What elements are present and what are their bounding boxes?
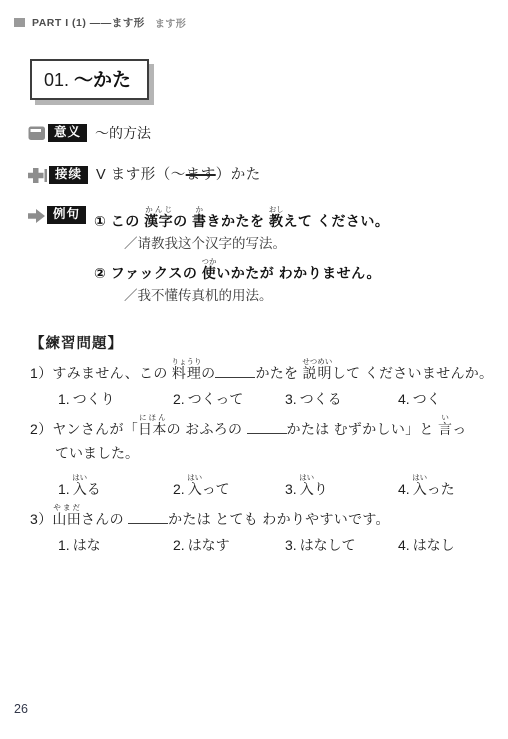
option-number: 2. — [173, 537, 185, 553]
connection-text: V ます形（〜ます）かた — [96, 166, 261, 185]
connection-label: 接续 — [49, 166, 88, 184]
textbook-page: { "header": { "left": "PART I (1) ――ます形"… — [0, 0, 508, 739]
option-text: つくり — [73, 391, 115, 407]
connection-row: 接续 V ます形（〜ます）かた — [28, 166, 508, 185]
option-text: はなす — [188, 537, 230, 553]
question-1: 1）すみません、この 料理りょうりのかたを 説明せつめいして くださいませんか。 — [30, 353, 508, 383]
option: 1.つくり — [58, 389, 173, 409]
example-translation-cn: ／请教我这个汉字的写法。 — [124, 231, 389, 254]
answer-blank — [128, 511, 168, 524]
question-2-options: 1.入はいる 2.入はいって 3.入はいり 4.入はいった — [58, 463, 508, 499]
book-icon — [28, 124, 46, 143]
option-text: はな — [73, 537, 101, 553]
option: 3.入はいり — [285, 473, 398, 499]
arrow-right-icon — [28, 206, 45, 225]
option: 1.はな — [58, 535, 173, 555]
connection-after: ）かた — [216, 167, 261, 183]
question-3-options: 1.はな 2.はなす 3.はなして 4.はなし — [58, 529, 508, 555]
option-text: はなして — [300, 537, 356, 553]
option: 4.つく — [398, 389, 508, 409]
lesson-number: 01. — [44, 70, 69, 90]
meaning-row: 意义 〜的方法 — [28, 124, 508, 143]
header-square-icon — [14, 18, 25, 27]
option-number: 3. — [285, 537, 297, 553]
meaning-text: 〜的方法 — [95, 124, 151, 143]
example-sentence-jp: ② ファックスの 使つかいかたが わかりません。 — [94, 254, 389, 283]
option-number: 3. — [285, 391, 297, 407]
meaning-label: 意义 — [48, 124, 87, 142]
example-translation-cn: ／我不懂传真机的用法。 — [124, 283, 389, 306]
option: 1.入はいる — [58, 473, 173, 499]
option-number: 1. — [58, 391, 70, 407]
option: 3.つくる — [285, 389, 398, 409]
exercise-section: 【練習問題】 1）すみません、この 料理りょうりのかたを 説明せつめいして くだ… — [30, 332, 508, 555]
question-1-options: 1.つくり 2.つくって 3.つくる 4.つく — [58, 383, 508, 409]
examples-content: ① この 漢字かんじの 書かきかたを 教おしえて ください。 ／请教我这个汉字的… — [94, 205, 389, 306]
option-text: 入はいって — [188, 481, 230, 497]
answer-blank — [247, 421, 287, 434]
lesson-title: 〜かた — [74, 70, 131, 91]
option-number: 4. — [398, 481, 410, 497]
plus-icon — [28, 166, 47, 185]
page-number: 26 — [14, 702, 28, 716]
option-number: 1. — [58, 537, 70, 553]
option-number: 2. — [173, 391, 185, 407]
header-part-label: PART I (1) ――ます形 — [32, 15, 145, 30]
connection-before: V ます形（〜 — [96, 167, 186, 183]
connection-struck-text: ます — [186, 167, 216, 183]
option-text: つくる — [300, 391, 342, 407]
example-sentence-jp: ① この 漢字かんじの 書かきかたを 教おしえて ください。 — [94, 205, 389, 231]
option-number: 1. — [58, 481, 70, 497]
header-section-label: ます形 — [155, 15, 187, 30]
option: 3.はなして — [285, 535, 398, 555]
option-text: つくって — [188, 391, 244, 407]
question-3: 3）山田やまださんの かたは とても わかりやすいです。 — [30, 499, 508, 529]
option: 2.つくって — [173, 389, 285, 409]
question-2: 2）ヤンさんが「日本にほんの おふろの かたは むずかしい」と 言いっ — [30, 409, 508, 439]
option: 2.はなす — [173, 535, 285, 555]
option-text: 入はいり — [300, 481, 328, 497]
option-text: つく — [413, 391, 441, 407]
option-text: 入はいる — [73, 481, 101, 497]
option: 2.入はいって — [173, 473, 285, 499]
question-2-continuation: ていました。 — [55, 439, 508, 463]
option-text: はなし — [413, 537, 455, 553]
option: 4.入はいった — [398, 473, 508, 499]
option-number: 3. — [285, 481, 297, 497]
examples-row: 例句 ① この 漢字かんじの 書かきかたを 教おしえて ください。 ／请教我这个… — [28, 205, 508, 306]
exercise-heading: 【練習問題】 — [30, 332, 508, 353]
examples-label: 例句 — [47, 206, 86, 224]
lesson-title-box: 01. 〜かた — [30, 59, 149, 100]
option: 4.はなし — [398, 535, 508, 555]
option-number: 2. — [173, 481, 185, 497]
option-number: 4. — [398, 391, 410, 407]
page-header: PART I (1) ――ます形 ます形 — [14, 15, 508, 30]
option-number: 4. — [398, 537, 410, 553]
answer-blank — [215, 365, 255, 378]
option-text: 入はいった — [413, 481, 455, 497]
